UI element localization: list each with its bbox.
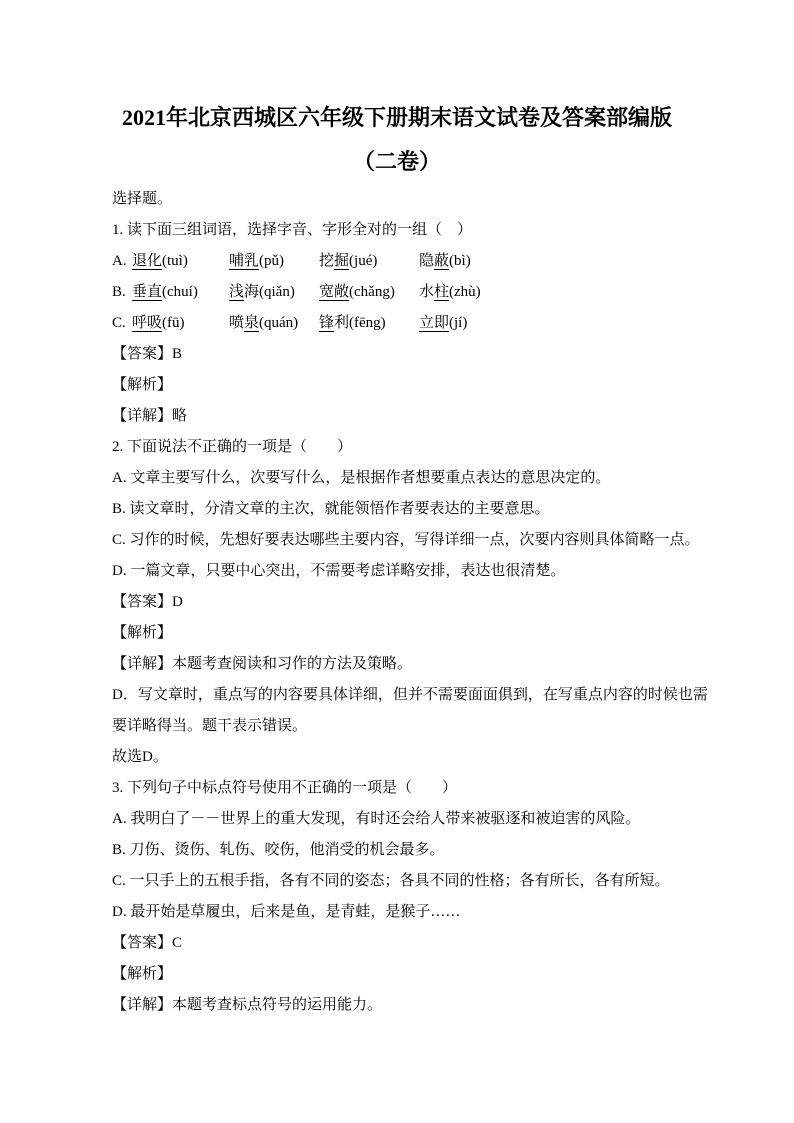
q3-analysis: 【解析】 [112,959,712,990]
q1-stem: 1. 读下面三组词语，选择字音、字形全对的一组（ ） [112,215,712,246]
q1-option-row-b: B.垂直(chuí)浅海(qiǎn)宽敞(chǎng)水柱(zhù) [112,277,712,308]
q1-word: 垂直(chuí) [132,277,229,308]
q3-option-a: A. 我明白了－－世界上的重大发现，有时还会给人带来被驱逐和被迫害的风险。 [112,804,712,835]
q3-stem: 3. 下列句子中标点符号使用不正确的一项是（ ） [112,773,712,804]
q1-word: 退化(tuì) [132,246,229,277]
q2-option-b: B. 读文章时，分清文章的主次，就能领悟作者要表达的主要意思。 [112,494,712,525]
document-body: 选择题。 1. 读下面三组词语，选择字音、字形全对的一组（ ） A.退化(tuì… [112,184,712,1021]
q2-option-a: A. 文章主要写什么，次要写什么，是根据作者想要重点表达的意思决定的。 [112,463,712,494]
q2-explanation: D．写文章时，重点写的内容要具体详细，但并不需要面面俱到，在写重点内容的时候也需… [112,680,712,742]
document-title-line2: （二卷） [0,140,794,184]
q2-detail: 【详解】本题考查阅读和习作的方法及策略。 [112,649,712,680]
q1-word: 喷泉(quán) [229,308,319,339]
q3-detail: 【详解】本题考查标点符号的运用能力。 [112,990,712,1021]
q1-option-b-letter: B. [112,277,132,308]
q1-word: 哺乳(pǔ) [229,246,319,277]
q1-detail: 【详解】略 [112,401,712,432]
q1-word: 呼吸(fū) [132,308,229,339]
q1-word: 宽敞(chǎng) [319,277,419,308]
q3-option-c: C. 一只手上的五根手指，各有不同的姿态；各具不同的性格；各有所长，各有所短。 [112,866,712,897]
q1-word: 挖掘(jué) [319,246,419,277]
q1-word: 立即(jí) [419,308,467,339]
document-page: 2021年北京西城区六年级下册期末语文试卷及答案部编版 （二卷） 选择题。 1.… [0,0,794,1123]
q1-option-row-a: A.退化(tuì)哺乳(pǔ)挖掘(jué)隐蔽(bì) [112,246,712,277]
q1-word: 水柱(zhù) [419,277,481,308]
q3-answer: 【答案】C [112,928,712,959]
q1-option-c-letter: C. [112,308,132,339]
q2-stem: 2. 下面说法不正确的一项是（ ） [112,432,712,463]
q2-option-c: C. 习作的时候，先想好要表达哪些主要内容，写得详细一点，次要内容则具体简略一点… [112,525,712,556]
q2-conclusion: 故选D。 [112,742,712,773]
q1-word: 隐蔽(bì) [419,246,471,277]
q3-option-b: B. 刀伤、烫伤、轧伤、咬伤，他消受的机会最多。 [112,835,712,866]
q1-analysis: 【解析】 [112,370,712,401]
q1-option-a-letter: A. [112,246,132,277]
q2-answer: 【答案】D [112,587,712,618]
q1-option-row-c: C.呼吸(fū)喷泉(quán)锋利(fēng)立即(jí) [112,308,712,339]
q2-analysis: 【解析】 [112,618,712,649]
section-heading: 选择题。 [112,184,712,215]
q1-word: 锋利(fēng) [319,308,419,339]
q2-option-d: D. 一篇文章，只要中心突出，不需要考虑详略安排，表达也很清楚。 [112,556,712,587]
q1-word: 浅海(qiǎn) [229,277,319,308]
q3-option-d: D. 最开始是草履虫，后来是鱼，是青蛙，是猴子…… [112,897,712,928]
document-title-line1: 2021年北京西城区六年级下册期末语文试卷及答案部编版 [0,96,794,140]
q1-answer: 【答案】B [112,339,712,370]
